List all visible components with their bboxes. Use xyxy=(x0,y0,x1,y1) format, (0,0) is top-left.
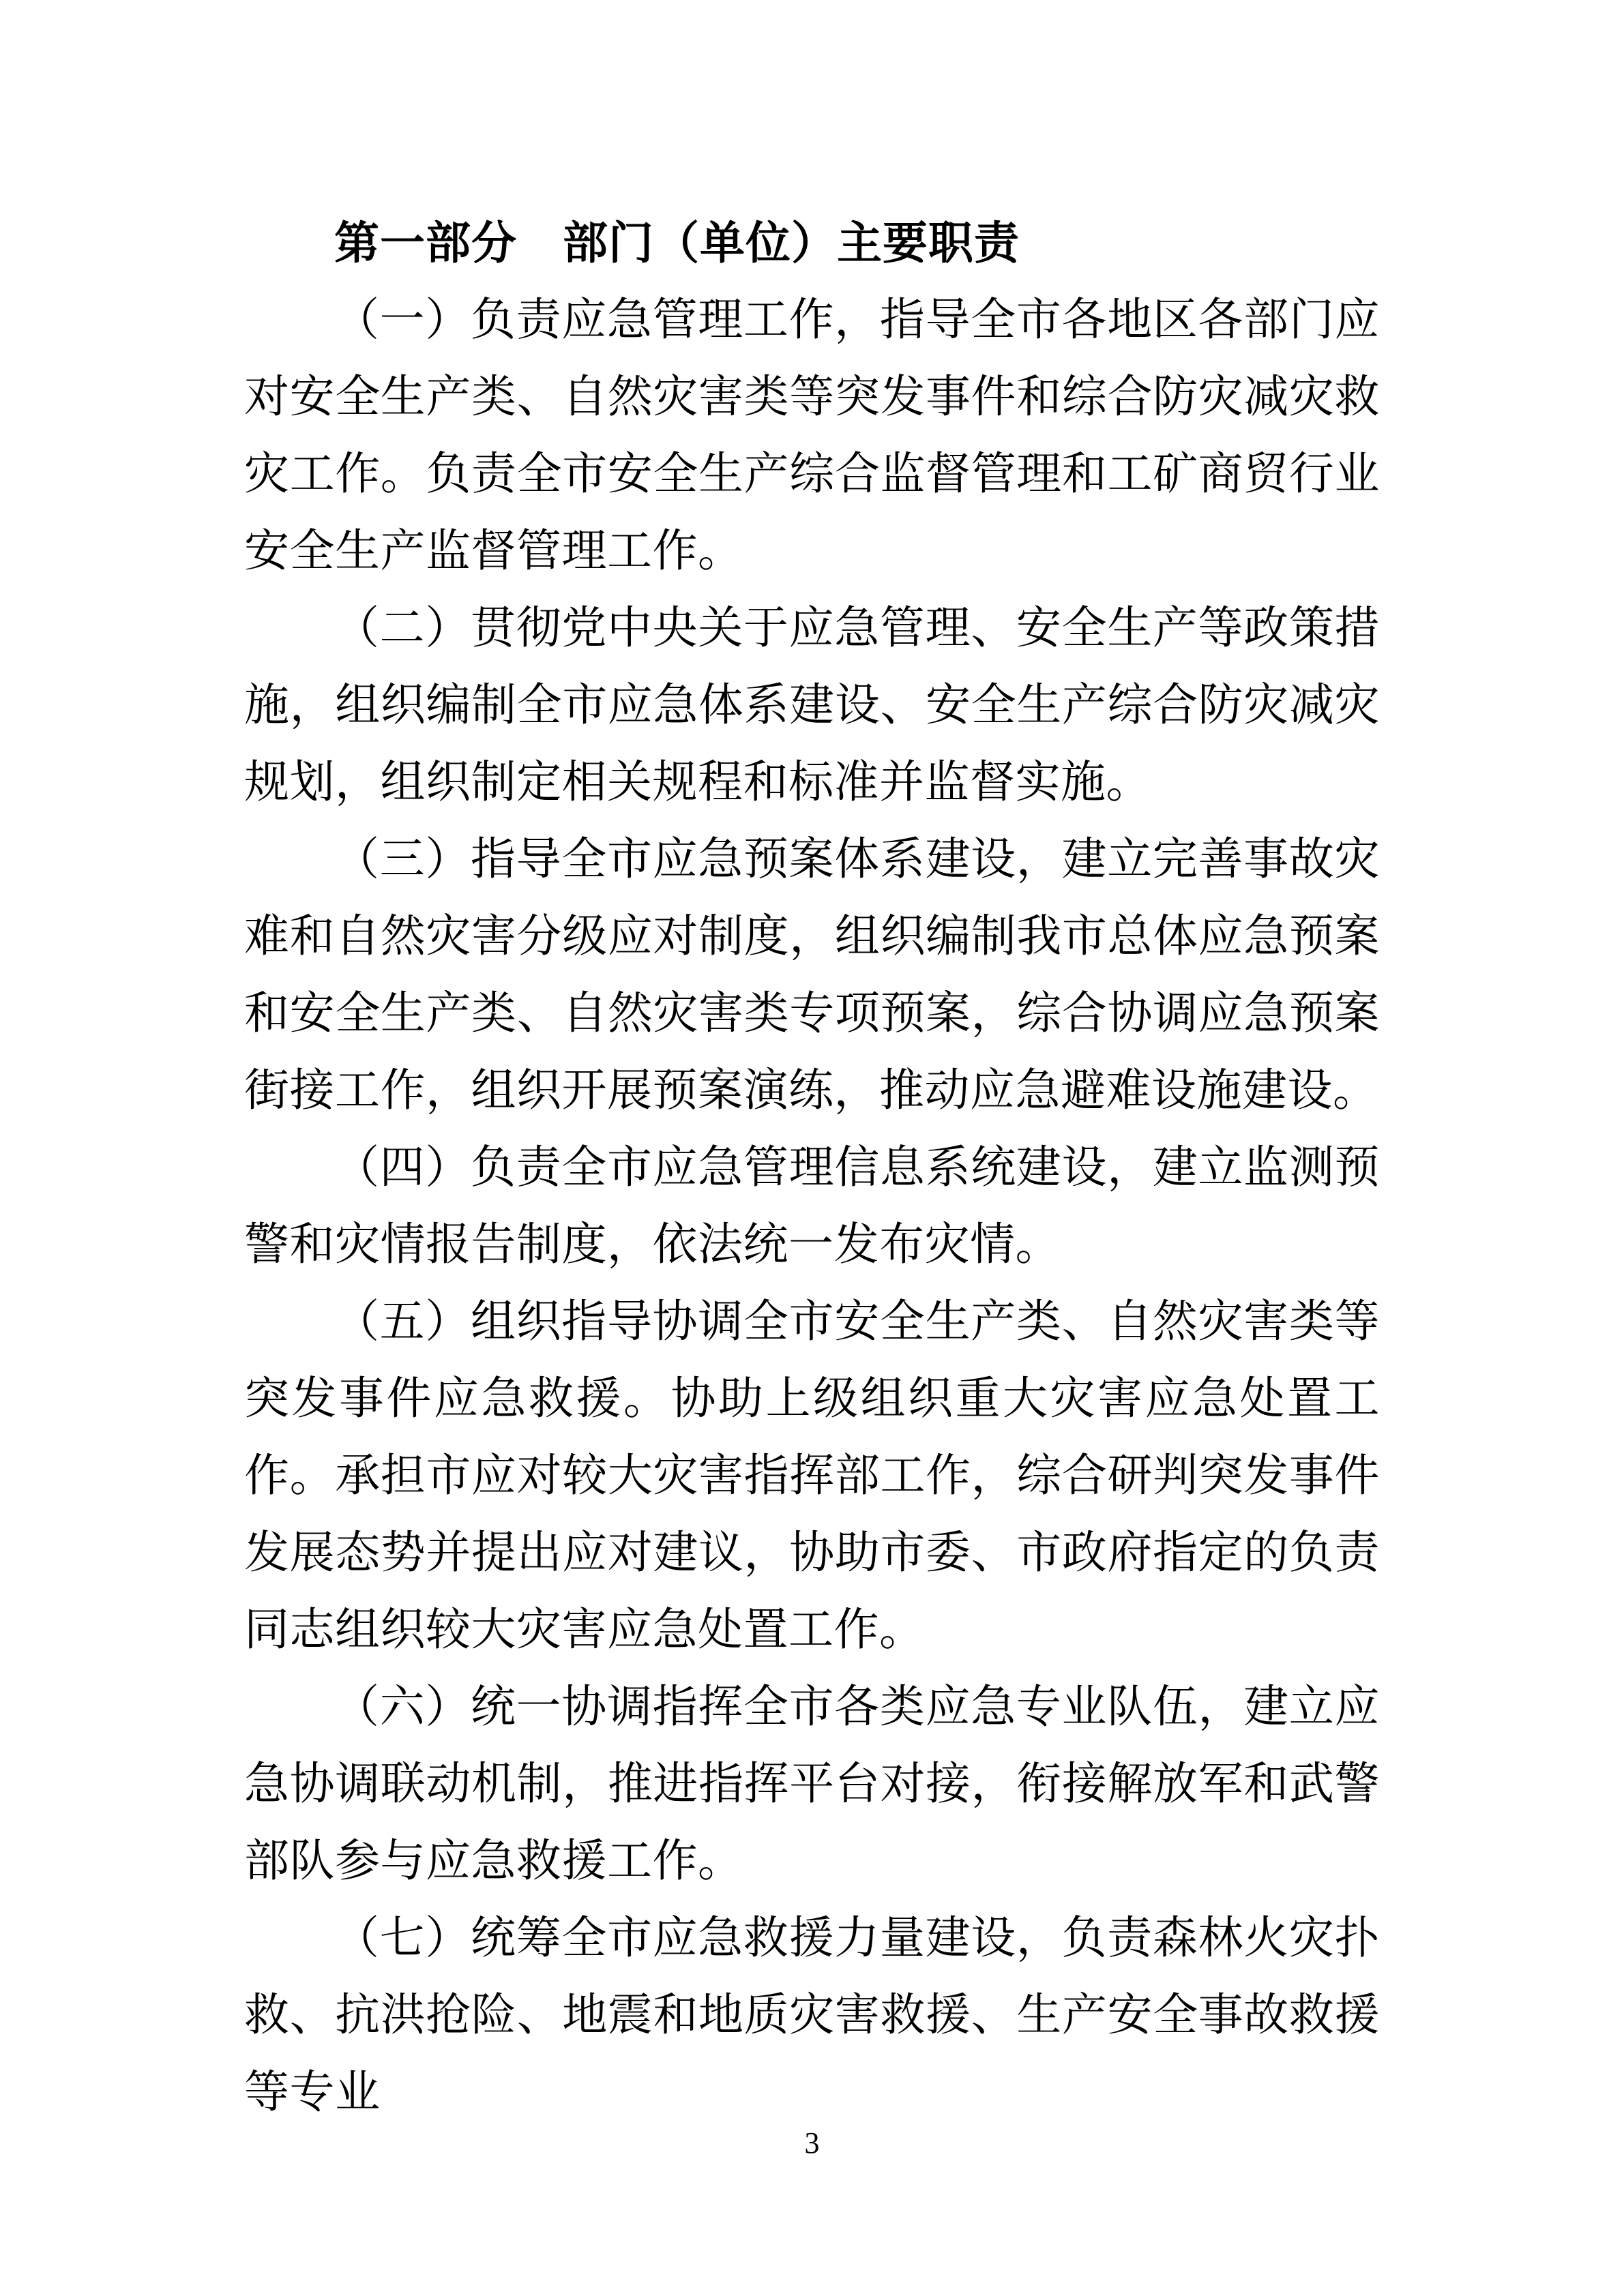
document-title: 第一部分 部门（单位）主要职责 xyxy=(244,205,1380,282)
paragraph-6: （六）统一协调指挥全市各类应急专业队伍，建立应急协调联动机制，推进指挥平台对接，… xyxy=(244,1669,1380,1900)
paragraph-7: （七）统筹全市应急救援力量建设，负责森林火灾扑救、抗洪抢险、地震和地质灾害救援、… xyxy=(244,1900,1380,2131)
paragraph-5: （五）组织指导协调全市安全生产类、自然灾害类等突发事件应急救援。协助上级组织重大… xyxy=(244,1283,1380,1669)
paragraph-3: （三）指导全市应急预案体系建设，建立完善事故灾难和自然灾害分级应对制度，组织编制… xyxy=(244,821,1380,1129)
paragraph-1: （一）负责应急管理工作，指导全市各地区各部门应对安全生产类、自然灾害类等突发事件… xyxy=(244,282,1380,590)
paragraph-2: （二）贯彻党中央关于应急管理、安全生产等政策措施，组织编制全市应急体系建设、安全… xyxy=(244,590,1380,821)
document-body: 第一部分 部门（单位）主要职责 （一）负责应急管理工作，指导全市各地区各部门应对… xyxy=(244,205,1380,2131)
paragraph-4: （四）负责全市应急管理信息系统建设，建立监测预警和灾情报告制度，依法统一发布灾情… xyxy=(244,1129,1380,1283)
document-page: 第一部分 部门（单位）主要职责 （一）负责应急管理工作，指导全市各地区各部门应对… xyxy=(0,0,1624,2296)
page-number: 3 xyxy=(0,2126,1624,2160)
